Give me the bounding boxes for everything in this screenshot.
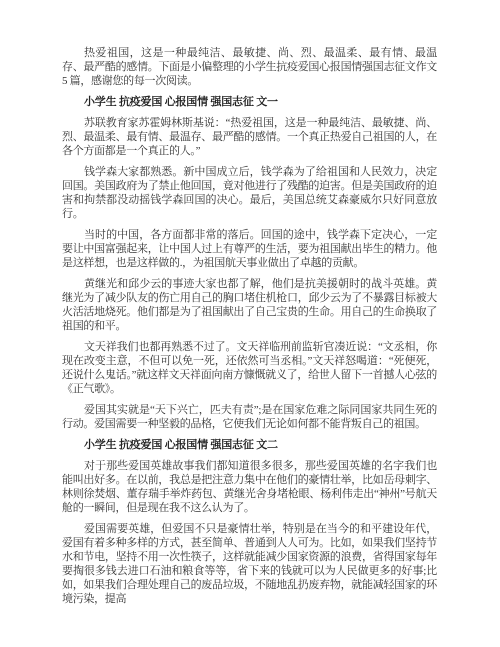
essay-paragraph: 苏联教育家苏霍姆林斯基说：“热爱祖国，这是一种最纯洁、最敏捷、尚、烈、最温柔、最… xyxy=(62,116,437,158)
essay-paragraph: 爱国其实就是“天下兴亡，匹夫有责”;是在国家危难之际同国家共同生死的行动。爱国需… xyxy=(62,403,437,431)
essay-paragraph: 钱学森大家都熟悉。新中国成立后，钱学森为了给祖国和人民效力，决定回国。美国政府为… xyxy=(62,165,437,221)
section-1-heading: 小学生 抗疫爱国 心报国情 强国志征 文一 xyxy=(62,95,437,109)
essay-document-page: 热爱祖国，这是一种最纯洁、最敏捷、尚、烈、最温柔、最有情、最温存、最严酷的感情。… xyxy=(0,0,500,647)
essay-paragraph: 爱国需要英雄，但爱国不只是豪情壮举，特别是在当今的和平建设年代，爱国有着多种多样… xyxy=(62,522,437,606)
intro-paragraph: 热爱祖国，这是一种最纯洁、最敏捷、尚、烈、最温柔、最有情、最温存、最严酷的感情。… xyxy=(62,46,437,88)
essay-content: 热爱祖国，这是一种最纯洁、最敏捷、尚、烈、最温柔、最有情、最温存、最严酷的感情。… xyxy=(0,0,500,606)
essay-paragraph: 对于那些爱国英雄故事我们都知道很多很多，那些爱国英雄的名字我们也能叫出好多。在以… xyxy=(62,459,437,515)
essay-paragraph: 当时的中国，各方面都非常的落后。回国的途中，钱学森下定决心，一定要让中国富强起来… xyxy=(62,228,437,270)
essay-paragraph: 黄继光和邱少云的事迹大家也都了解，他们是抗美援朝时的战斗英雄。黄继光为了减少队友… xyxy=(62,277,437,333)
section-2-heading: 小学生 抗疫爱国 心报国情 强国志征 文二 xyxy=(62,438,437,452)
essay-paragraph: 文天祥我们也都再熟悉不过了。文天祥临刑前监斩官凑近说：“文丞相，你现在改变主意，… xyxy=(62,340,437,396)
